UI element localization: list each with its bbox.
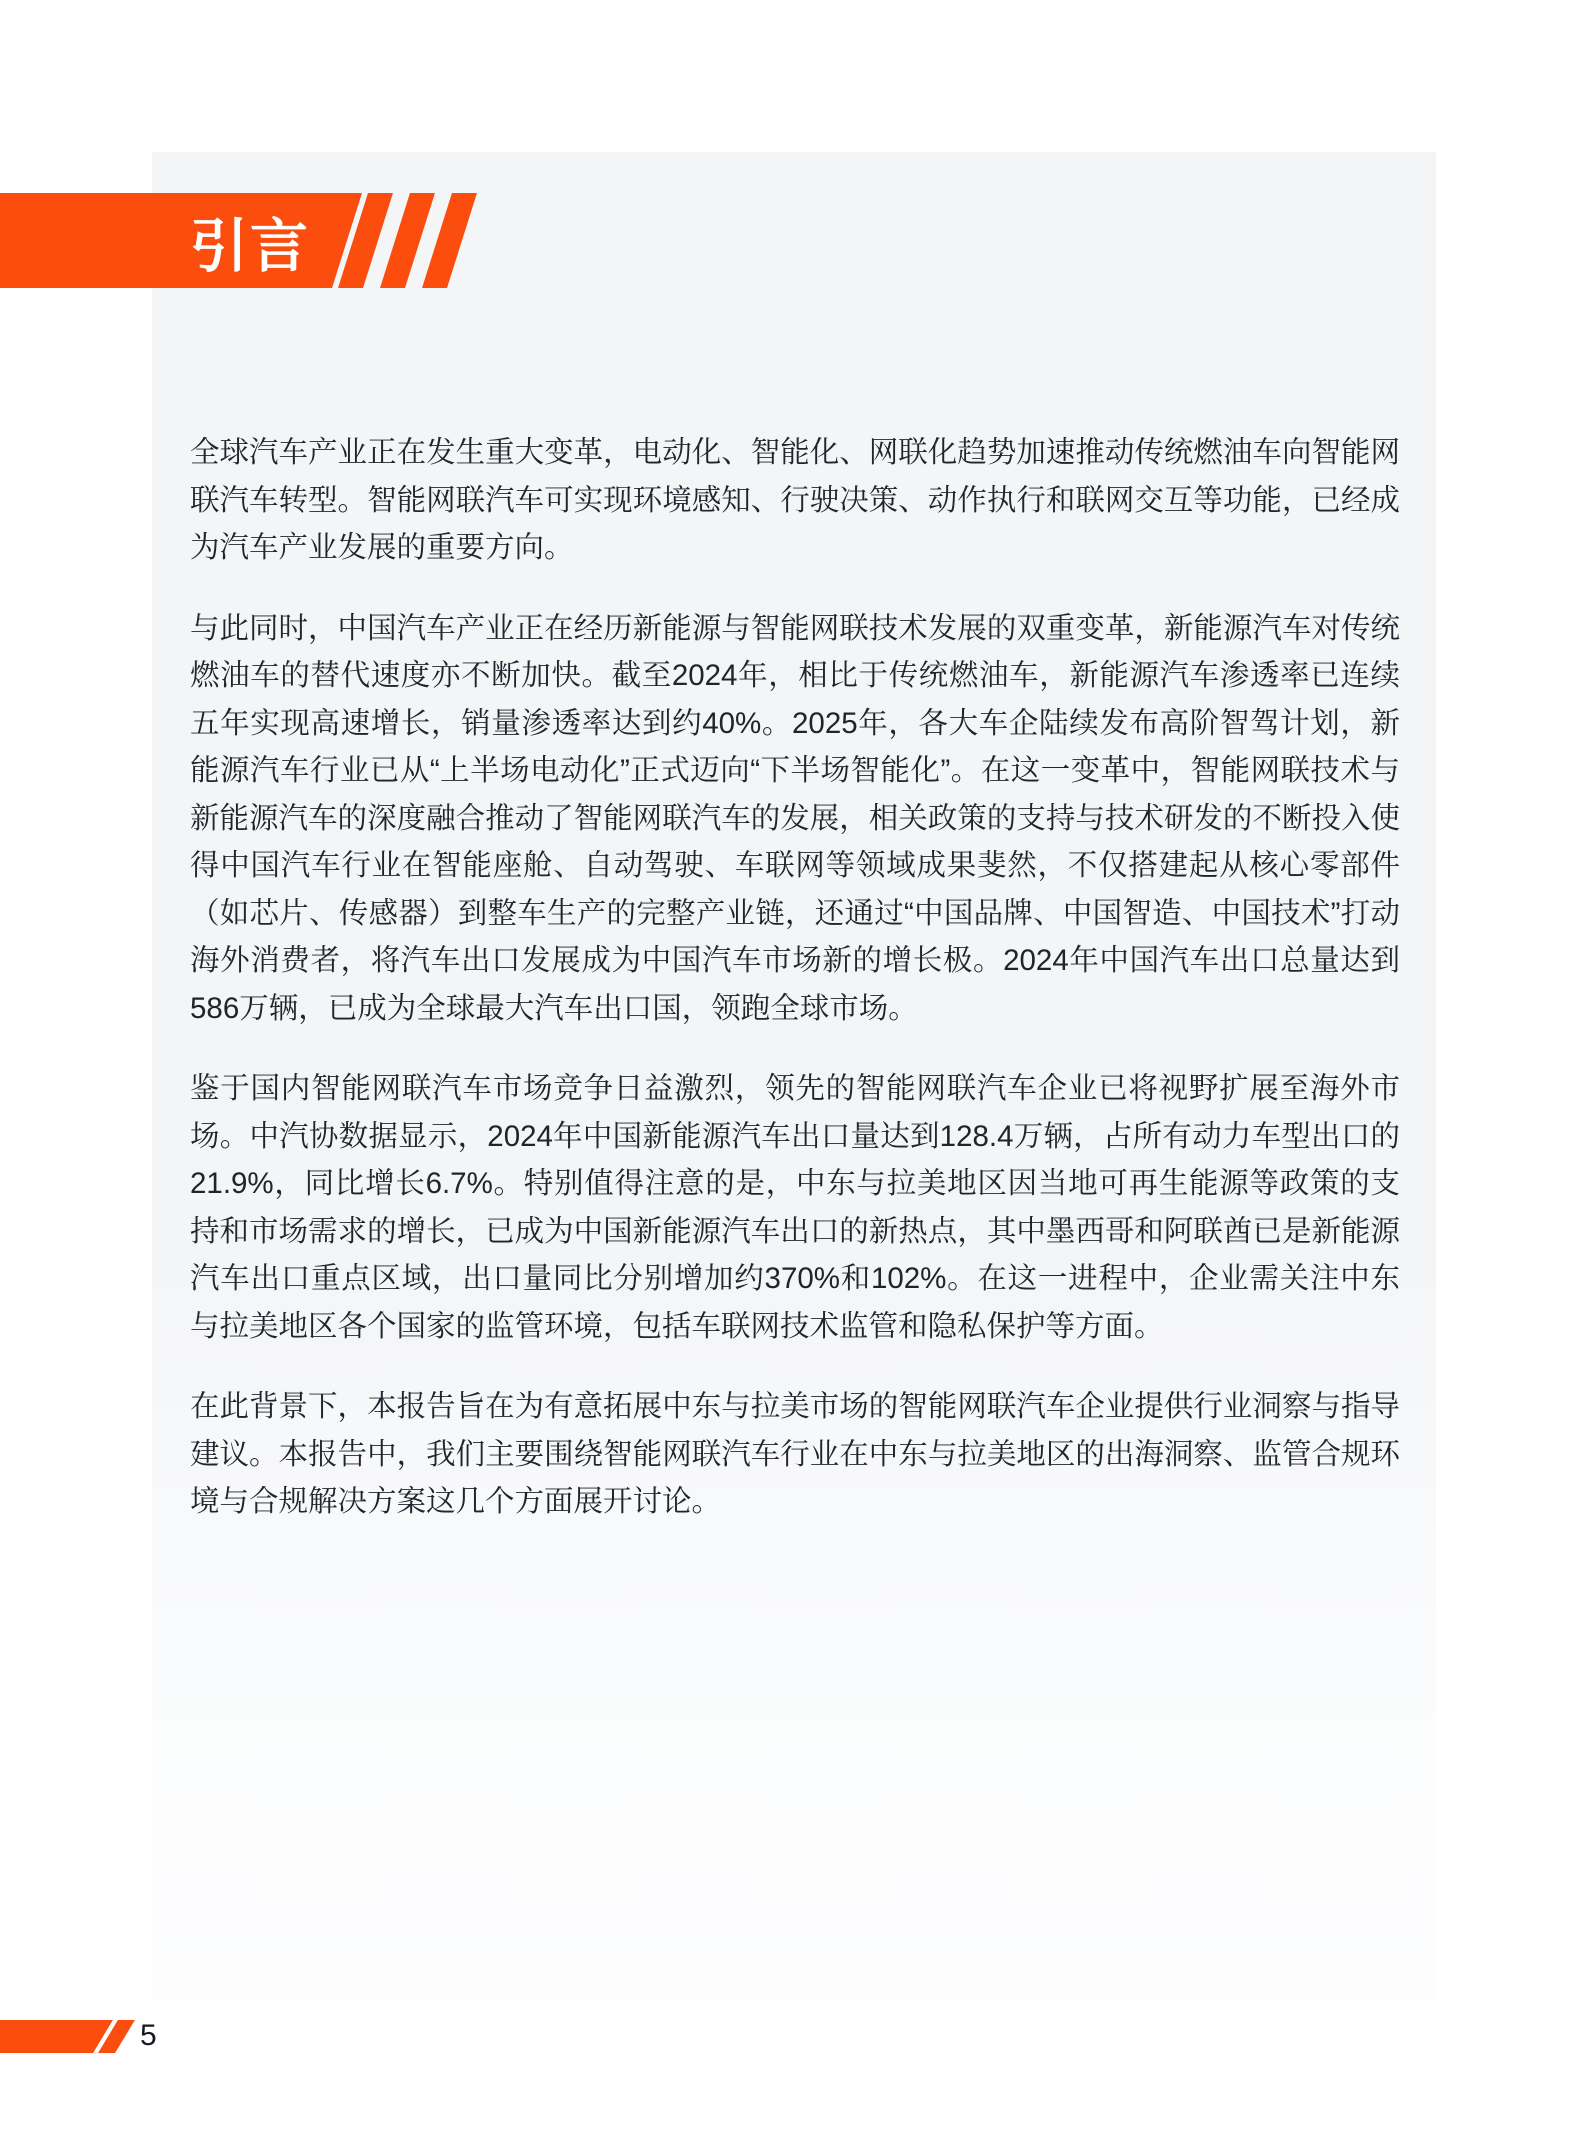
introduction-body: 全球汽车产业正在发生重大变革，电动化、智能化、网联化趋势加速推动传统燃油车向智能… bbox=[190, 429, 1400, 1559]
footer-bar bbox=[0, 2020, 113, 2053]
report-page: 引言 全球汽车产业正在发生重大变革，电动化、智能化、网联化趋势加速推动传统燃油车… bbox=[0, 0, 1587, 2154]
intro-paragraph-3: 鉴于国内智能网联汽车市场竞争日益激烈，领先的智能网联汽车企业已将视野扩展至海外市… bbox=[190, 1065, 1400, 1350]
section-title: 引言 bbox=[190, 193, 310, 288]
intro-paragraph-1: 全球汽车产业正在发生重大变革，电动化、智能化、网联化趋势加速推动传统燃油车向智能… bbox=[190, 429, 1400, 572]
intro-paragraph-2: 与此同时，中国汽车产业正在经历新能源与智能网联技术发展的双重变革，新能源汽车对传… bbox=[190, 605, 1400, 1033]
page-number: 5 bbox=[140, 2018, 157, 2054]
intro-paragraph-4: 在此背景下，本报告旨在为有意拓展中东与拉美市场的智能网联汽车企业提供行业洞察与指… bbox=[190, 1383, 1400, 1526]
